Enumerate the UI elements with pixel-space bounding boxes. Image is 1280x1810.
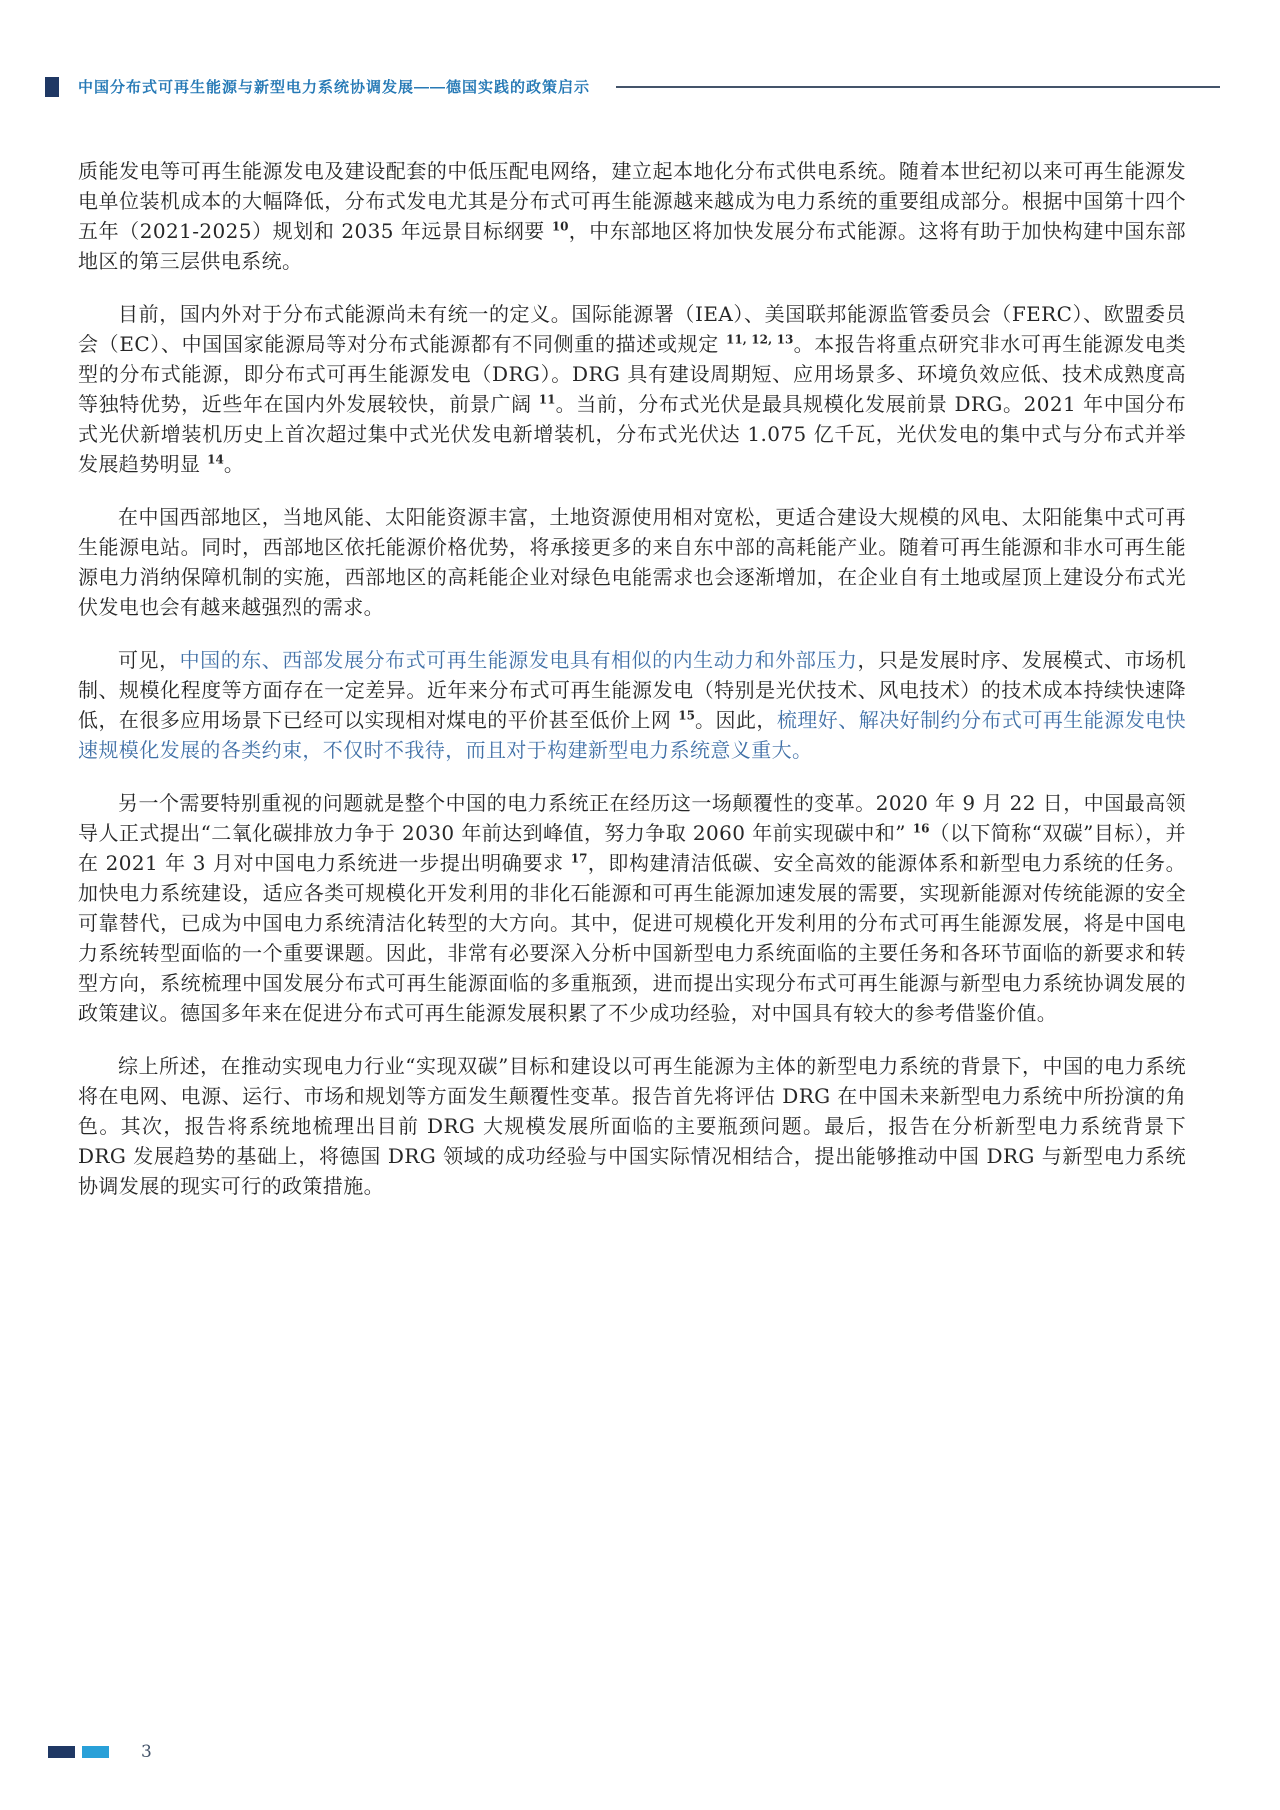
header-rule bbox=[616, 86, 1220, 88]
paragraph-4: 可见，中国的东、西部发展分布式可再生能源发电具有相似的内生动力和外部压力，只是发… bbox=[78, 645, 1186, 765]
running-head-title: 中国分布式可再生能源与新型电力系统协调发展——德国实践的政策启示 bbox=[78, 76, 590, 97]
paragraph-3: 在中国西部地区，当地风能、太阳能资源丰富，土地资源使用相对宽松，更适合建设大规模… bbox=[78, 502, 1186, 622]
footer-lightblue-square-icon bbox=[82, 1746, 109, 1758]
page-number: 3 bbox=[141, 1742, 152, 1762]
paragraph-2: 目前，国内外对于分布式能源尚未有统一的定义。国际能源署（IEA）、美国联邦能源监… bbox=[78, 299, 1186, 479]
document-body: 质能发电等可再生能源发电及建设配套的中低压配电网络，建立起本地化分布式供电系统。… bbox=[78, 156, 1186, 1224]
paragraph-5: 另一个需要特别重视的问题就是整个中国的电力系统正在经历这一场颠覆性的变革。202… bbox=[78, 788, 1186, 1028]
footer-navy-square-icon bbox=[48, 1746, 75, 1758]
header-accent-square-icon bbox=[45, 77, 59, 97]
page-header: 中国分布式可再生能源与新型电力系统协调发展——德国实践的政策启示 bbox=[45, 76, 1220, 97]
paragraph-6: 综上所述，在推动实现电力行业“实现双碳”目标和建设以可再生能源为主体的新型电力系… bbox=[78, 1051, 1186, 1201]
page-footer: 3 bbox=[48, 1742, 152, 1762]
paragraph-1: 质能发电等可再生能源发电及建设配套的中低压配电网络，建立起本地化分布式供电系统。… bbox=[78, 156, 1186, 276]
